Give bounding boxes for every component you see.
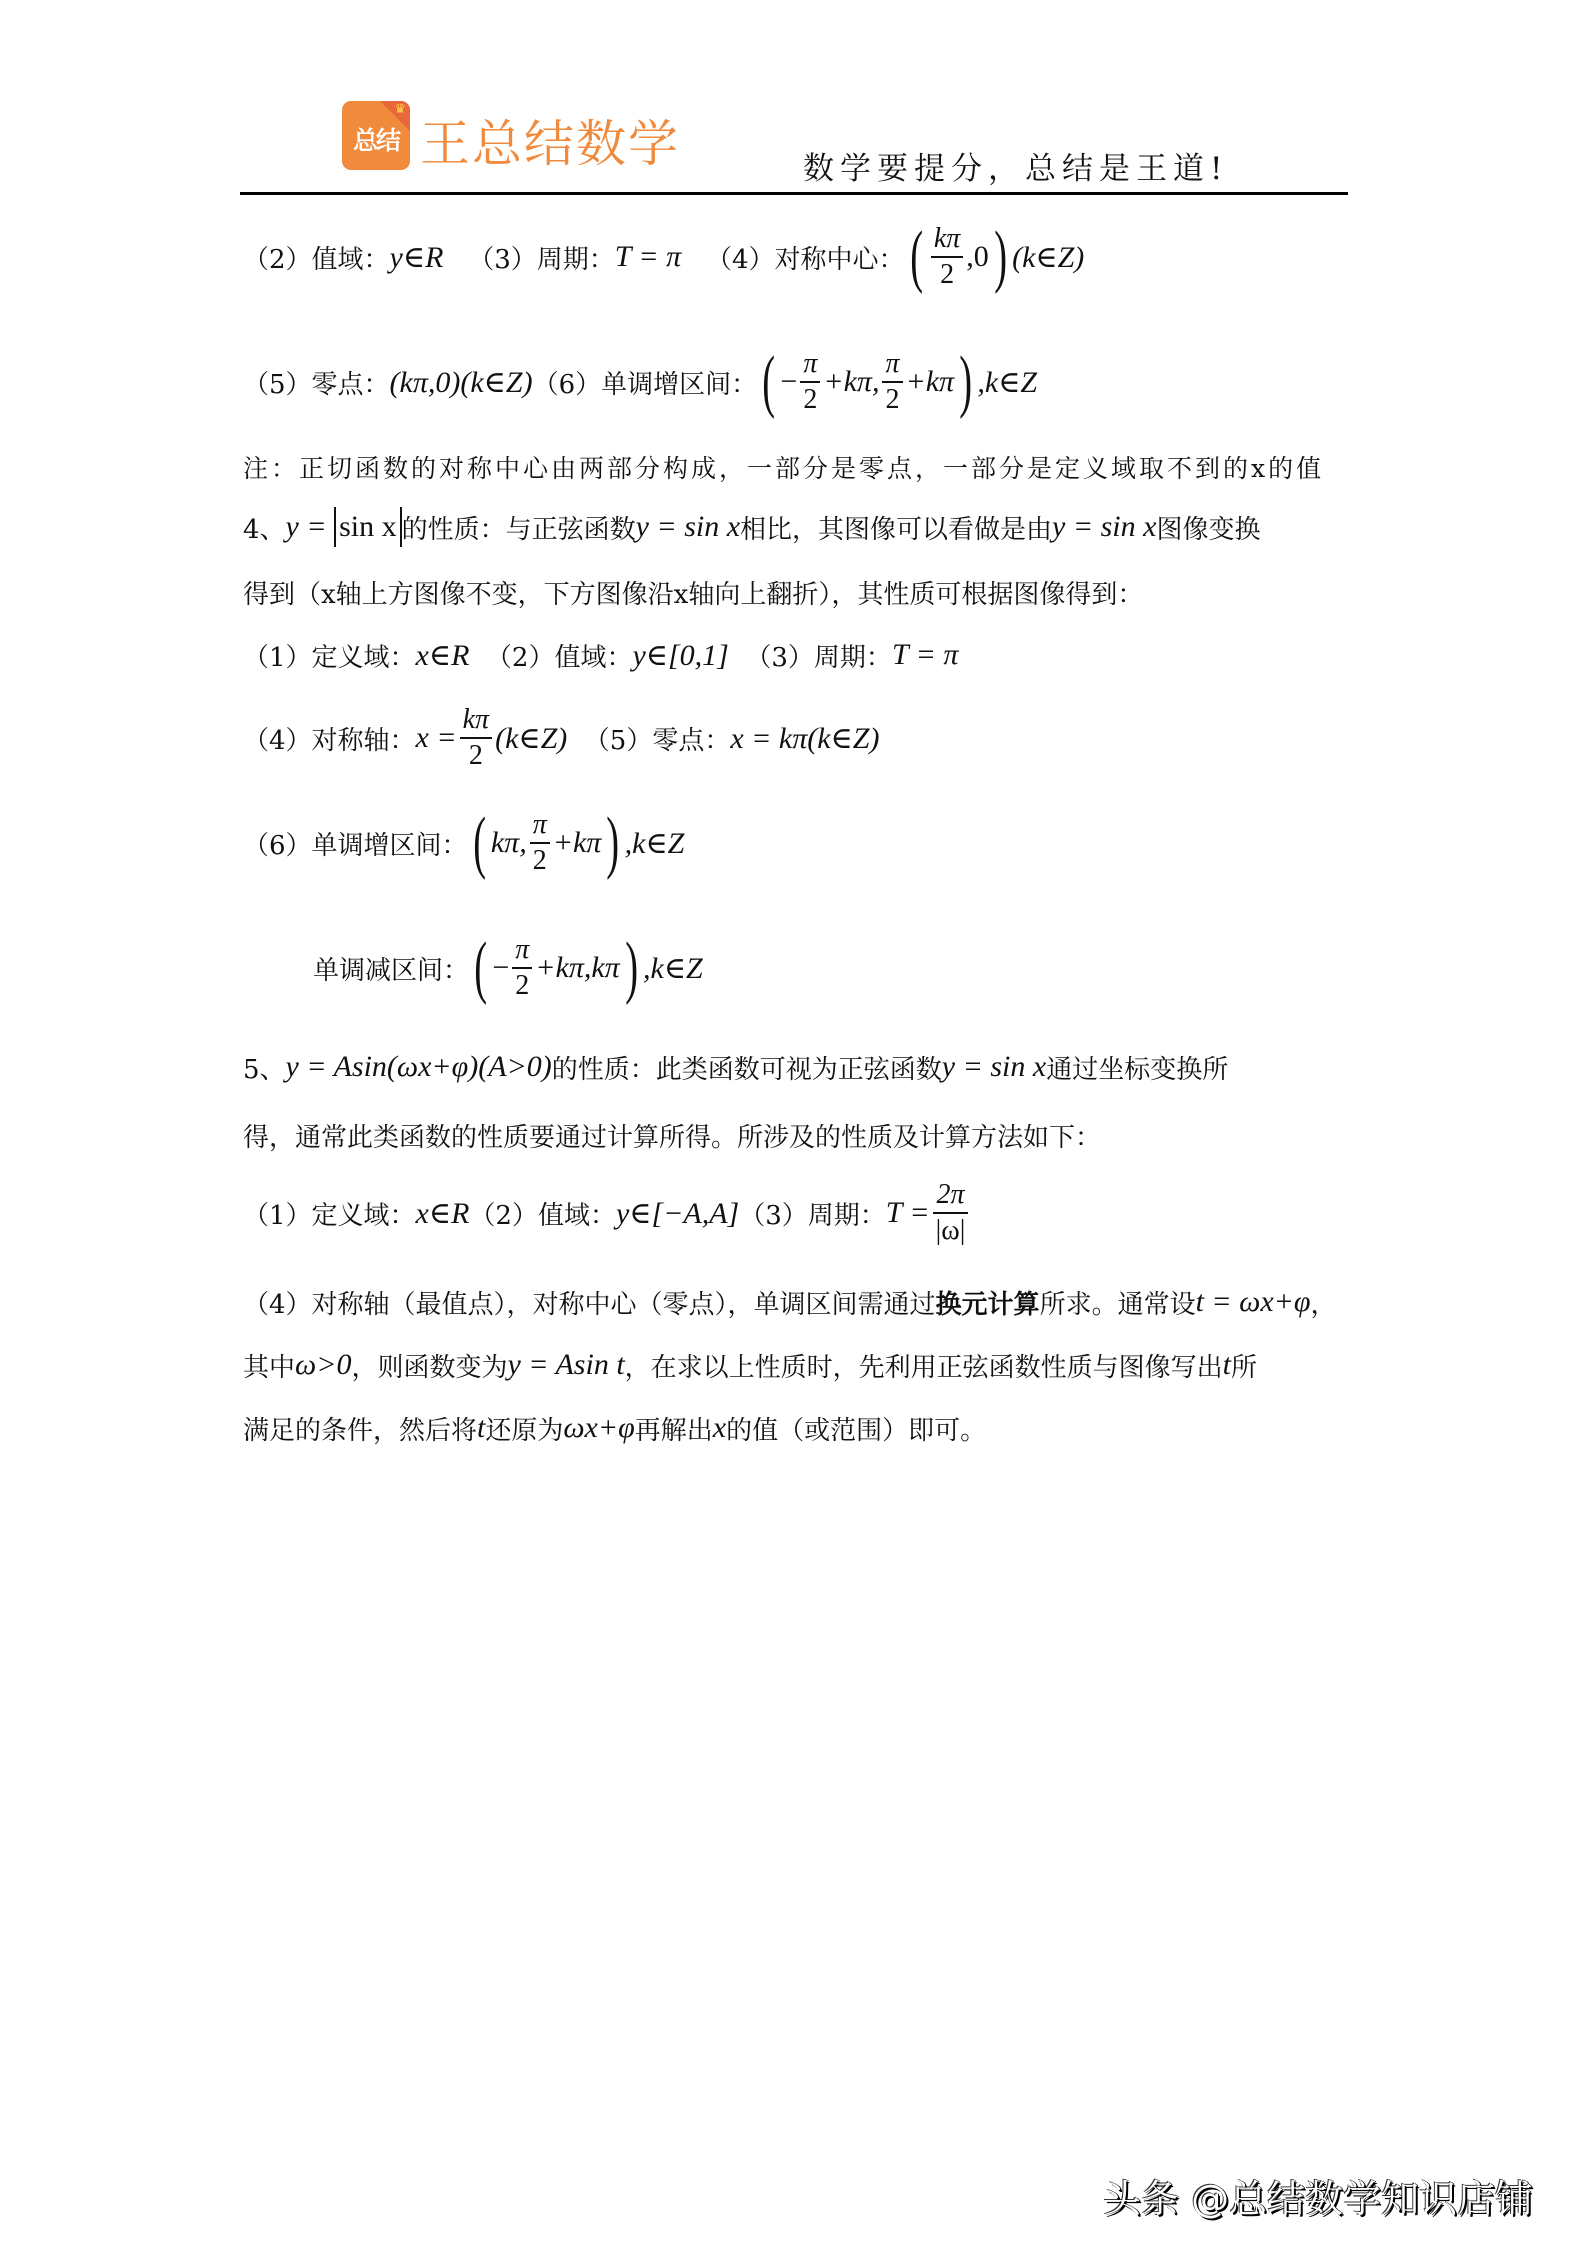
text: 所求。通常设 [1040,1284,1196,1321]
formula-abs-sin: sin x [334,507,402,547]
note-text: 注：正切函数的对称中心由两部分构成，一部分是零点，一部分是定义域取不到的x的值 [243,449,1324,485]
label-axis: （4）对称轴： [243,720,416,757]
slogan: 数学要提分，总结是王道! [803,143,1228,188]
fraction: kπ2 [931,222,963,292]
formula-part: +kπ,kπ [535,951,619,985]
abs-sin-props-6b: 单调减区间： ( − π2 +kπ,kπ ) ,k∈Z [313,928,703,1008]
fraction: π2 [882,347,902,417]
text: （4）对称轴（最值点），对称中心（零点），单调区间需通过 [243,1284,936,1321]
formula-substitution: t = ωx+φ [1196,1285,1311,1319]
text: 相比，其图像可以看做是由 [740,509,1052,546]
watermark: 头条 @总结数学知识店铺 [1103,2168,1533,2223]
label-increasing: （6）单调增区间： [533,364,758,401]
paren-right: ) [959,347,972,417]
crown-icon: ♛ [394,102,406,117]
text: 得，通常此类函数的性质要通过计算所得。所涉及的性质及计算方法如下： [243,1117,1101,1154]
text: 的性质：与正弦函数 [402,509,636,546]
fraction: π2 [530,808,550,878]
paren-right: ) [994,222,1007,292]
formula-range: y∈[0,1] [632,638,728,673]
formula: t [477,1411,485,1445]
formula: t [1223,1348,1231,1382]
formula-domain: x∈R [416,1196,470,1231]
formula-part: kπ, [491,826,527,860]
label-range: （2）值域： [469,1195,616,1232]
formula-part: +kπ [553,826,602,860]
text: 图像变换 [1156,509,1260,546]
text: ， [1311,1284,1337,1321]
fraction: 2π|ω| [933,1178,969,1248]
label-center: （4）对称中心： [681,239,904,276]
label-domain: （1）定义域： [243,1195,416,1232]
text: 通过坐标变换所 [1046,1049,1228,1086]
logo-icon-text: 总结 [342,121,410,157]
formula-part: +kπ, [823,365,879,399]
label-period: （3）周期： [729,637,892,674]
formula: ωx+φ [563,1411,634,1445]
section-number: 5、 [243,1049,286,1086]
label-zero: （5）零点： [567,720,730,757]
fraction: kπ2 [460,703,492,773]
general-sin-props-4-line-3: 满足的条件，然后将 t 还原为 ωx+φ 再解出 x 的值（或范围）即可。 [243,1388,986,1468]
label-period: （3）周期： [739,1195,886,1232]
label-range: （2）值域： [469,637,632,674]
formula-sin: y = sin x [942,1050,1046,1084]
formula-zero: (kπ,0)(k∈Z) [390,365,533,400]
label-decreasing: 单调减区间： [313,950,469,987]
paren-left: ( [474,933,487,1003]
formula-part: x = [416,721,457,755]
general-sin-line-2: 得，通常此类函数的性质要通过计算所得。所涉及的性质及计算方法如下： [243,1095,1101,1175]
label-zero: （5）零点： [243,364,390,401]
text: 还原为 [485,1410,563,1447]
text: 其中 [243,1347,295,1384]
formula-k-in-z: ,k∈Z [643,951,703,986]
abs-sin-props-6: （6）单调增区间： ( kπ, π2 +kπ ) ,k∈Z [243,803,684,883]
formula: x [713,1411,726,1445]
tangent-line-2: （5）零点： (kπ,0)(k∈Z) （6）单调增区间： ( − π2 +kπ,… [243,342,1037,422]
text: 得到（x轴上方图像不变，下方图像沿x轴向上翻折），其性质可根据图像得到： [243,574,1143,611]
paren-left: ( [473,808,486,878]
text: 再解出 [635,1410,713,1447]
formula-domain: x∈R [416,638,470,673]
fraction: π2 [512,933,532,1003]
text: 的值（或范围）即可。 [726,1410,986,1447]
formula-sin: y = sin x [636,510,740,544]
general-sin-props-1: （1）定义域： x∈R （2）值域： y∈[−A,A] （3）周期： T = 2… [243,1173,971,1253]
text: ，在求以上性质时，先利用正弦函数性质与图像写出 [625,1347,1223,1384]
label-increasing: （6）单调增区间： [243,825,468,862]
formula-k-in-z: (k∈Z) [495,721,567,756]
formula-range: y∈[−A,A] [616,1196,739,1231]
formula-period: T = [886,1196,930,1230]
abs-sin-props-1: （1）定义域： x∈R （2）值域： y∈[0,1] （3）周期： T = π [243,615,958,695]
logo-text: 王总结数学 [420,104,680,176]
formula-k-in-z: (k∈Z) [1012,240,1084,275]
text: 的性质：此类函数可视为正弦函数 [552,1049,942,1086]
formula: ω>0 [295,1348,351,1382]
label-domain: （1）定义域： [243,637,416,674]
section-number: 4、 [243,509,286,546]
tangent-line-1: （2）值域： y∈R （3）周期： T = π （4）对称中心： ( kπ2 ,… [243,217,1084,297]
formula-part: ,0 [966,240,989,274]
formula-zero: x = kπ(k∈Z) [730,721,879,756]
formula-k-in-z: ,k∈Z [977,365,1037,400]
abs-sin-props-4: （4）对称轴： x = kπ2 (k∈Z) （5）零点： x = kπ(k∈Z) [243,698,879,778]
paren-right: ) [625,933,638,1003]
formula-k-in-z: ,k∈Z [625,826,685,861]
fraction: π2 [800,347,820,417]
minus: − [492,951,509,985]
formula-range: y∈R [390,240,444,275]
formula-general-sin: y = Asin(ωx+φ)(A>0) [286,1050,552,1084]
text: 满足的条件，然后将 [243,1410,477,1447]
minus: − [780,365,797,399]
formula-part: y = [286,510,335,544]
text: ，则函数变为 [351,1347,507,1384]
formula: y = Asin t [507,1348,624,1382]
header-divider [240,192,1348,195]
paren-right: ) [607,808,620,878]
label-range: （2）值域： [243,239,390,276]
paren-left: ( [910,222,923,292]
emphasis-text: 换元计算 [936,1284,1040,1321]
logo-icon: ♛ 总结 [342,101,410,170]
label-period: （3）周期： [443,239,614,276]
formula-part: +kπ [906,365,955,399]
formula-sin: y = sin x [1052,510,1156,544]
formula-period: T = π [615,240,681,274]
formula-period: T = π [892,638,958,672]
paren-left: ( [762,347,775,417]
text: 所 [1231,1347,1257,1384]
